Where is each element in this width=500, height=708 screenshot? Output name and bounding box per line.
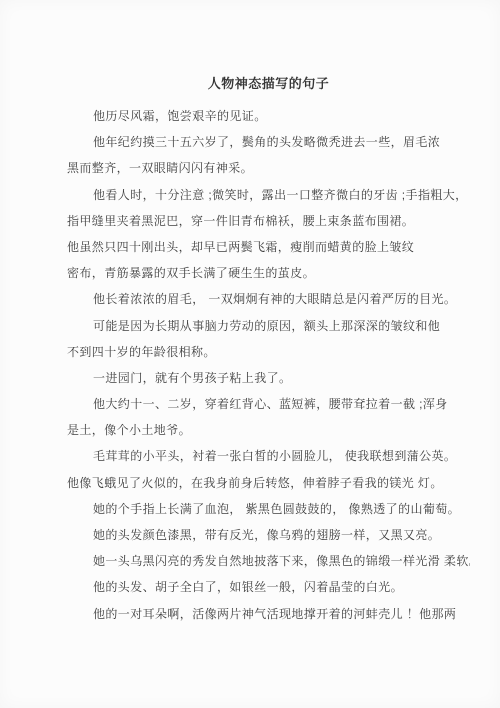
text-line: 不到四十岁的年龄很相称。 — [67, 339, 470, 365]
text-line: 他长着浓浓的眉毛， 一双炯炯有神的大眼睛总是闪着严厉的目光。 — [67, 286, 470, 312]
page-title: 人物神态描写的句子 — [67, 76, 470, 92]
text-line: 可能是因为长期从事脑力劳动的原因，额头上那深深的皱纹和他 — [67, 313, 470, 339]
text-line: 她的个手指上长满了血泡， 紫黑色圆鼓鼓的， 像熟透了的山葡萄。 — [67, 496, 470, 522]
text-line: 他看人时，十分注意 ;微笑时，露出一口整齐微白的牙齿 ;手指粗大， — [67, 182, 470, 208]
text-line: 指甲缝里夹着黑泥巴，穿一件旧青布棉袄，腰上束条蓝布围裙。 — [67, 208, 470, 234]
text-line: 他大约十一、二岁，穿着红背心、蓝短裤，腰带耷拉着一截 ;浑身 — [67, 391, 470, 417]
text-line: 密布，青筋暴露的双手长满了硬生生的茧皮。 — [67, 260, 470, 286]
text-line: 他历尽风霜，饱尝艰辛的见证。 — [67, 103, 470, 129]
text-line: 他的头发、胡子全白了，如银丝一般，闪着晶莹的白光。 — [67, 574, 470, 600]
text-line: 黑而整齐，一双眼睛闪闪有神采。 — [67, 155, 470, 181]
text-line: 他像飞蛾见了火似的，在我身前身后转悠，伸着脖子看我的镁光 灯。 — [67, 470, 470, 496]
document-page: 人物神态描写的句子 他历尽风霜，饱尝艰辛的见证。他年纪约摸三十五六岁了，鬓角的头… — [0, 0, 500, 708]
text-line: 毛茸茸的小平头，衬着一张白皙的小圆脸儿， 使我联想到蒲公英。 — [67, 443, 470, 469]
text-line: 是土，像个小土地爷。 — [67, 417, 470, 443]
text-line: 他虽然只四十刚出头，却早已两鬓飞霜，瘦削而蜡黄的脸上皱纹 — [67, 234, 470, 260]
document-body: 他历尽风霜，饱尝艰辛的见证。他年纪约摸三十五六岁了，鬓角的头发略微秃进去一些，眉… — [67, 103, 470, 627]
text-line: 他年纪约摸三十五六岁了，鬓角的头发略微秃进去一些，眉毛浓 — [67, 129, 470, 155]
text-line: 他的一对耳朵啊，活像两片神气活现地撑开着的河蚌壳儿 ！他那两 — [67, 601, 470, 627]
text-line: 一进园门，就有个男孩子粘上我了。 — [67, 365, 470, 391]
text-line: 她一头乌黑闪亮的秀发自然地披落下来，像黑色的锦缎一样光滑 柔软。 — [67, 548, 470, 574]
document-content: 人物神态描写的句子 他历尽风霜，饱尝艰辛的见证。他年纪约摸三十五六岁了，鬓角的头… — [67, 76, 470, 627]
text-line: 她的头发颜色漆黑，带有反光，像乌鸦的翅膀一样，又黑又亮。 — [67, 522, 470, 548]
